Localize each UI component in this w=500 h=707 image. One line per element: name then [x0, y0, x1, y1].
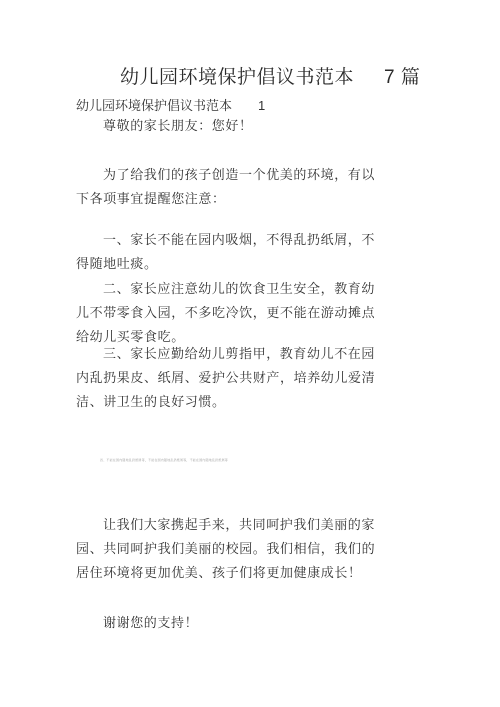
intro-paragraph: 为了给我们的孩子创造一个优美的环境，有以下各项事宜提醒您注意： — [76, 164, 388, 212]
greeting: 尊敬的家长朋友：您好！ — [76, 115, 388, 139]
section-heading: 幼儿园环境保护倡议书范本1 — [76, 95, 265, 114]
document-title: 幼儿园环境保护倡议书范本7 篇 — [120, 62, 420, 89]
item-paragraph-3: 三、家长应勤给幼儿剪指甲，教育幼儿不在园内乱扔果皮、纸屑、爱护公共财产，培养幼儿… — [76, 343, 388, 415]
item-paragraph-2: 二、家长应注意幼儿的饮食卫生安全，教育幼儿不带零食入园，不多吃冷饮，更不能在游动… — [76, 278, 388, 350]
section-number: 1 — [258, 98, 265, 113]
item-paragraph-1: 一、家长不能在园内吸烟，不得乱扔纸屑，不得随地吐痰。 — [76, 229, 388, 277]
document-page: 幼儿园环境保护倡议书范本7 篇 幼儿园环境保护倡议书范本1 尊敬的家长朋友：您好… — [0, 0, 500, 707]
thanks-line: 谢谢您的支持！ — [76, 612, 388, 636]
title-count: 7 篇 — [384, 67, 420, 88]
tiny-text-line: 四、不能在园内随地乱扔纸屑等，不能在园内随地乱扔纸屑等，不能在园内随地乱扔纸屑等 — [100, 458, 228, 462]
section-heading-text: 幼儿园环境保护倡议书范本 — [76, 99, 232, 114]
title-text: 幼儿园环境保护倡议书范本 — [120, 66, 354, 88]
closing-paragraph: 让我们大家携起手来，共同呵护我们美丽的家园、共同呵护我们美丽的校园。我们相信，我… — [76, 514, 388, 586]
